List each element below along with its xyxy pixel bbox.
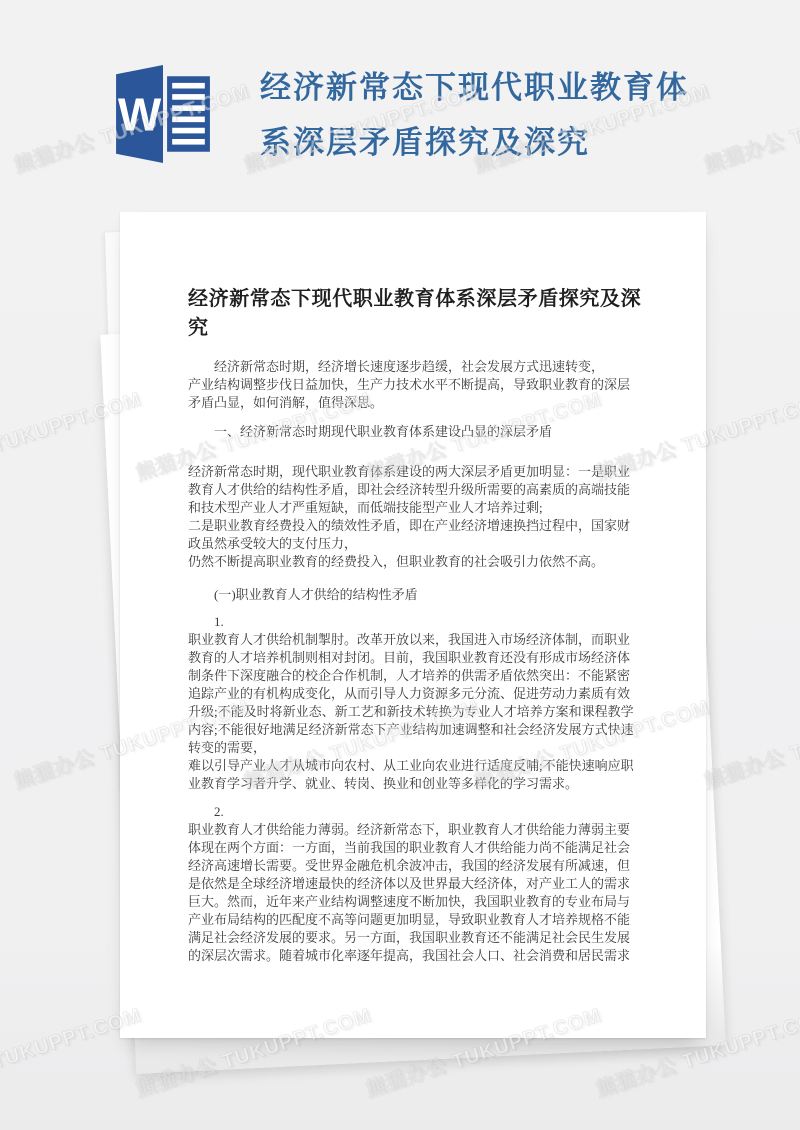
header-title: 经济新常态下现代职业教育体 系深层矛盾探究及深究 — [260, 60, 720, 170]
header: W 经济新常态下现代职业教育体 系深层矛盾探究及深究 — [0, 0, 800, 200]
doc-paragraph: 经济新常态时期，经济增长速度逐步趋缓，社会发展方式迅速转变， 产业结构调整步伐日… — [188, 358, 646, 412]
word-icon: W — [112, 62, 214, 166]
document-page[interactable]: 经济新常态下现代职业教育体系深层矛盾探究及深 究 经济新常态时期，经济增长速度逐… — [120, 212, 706, 1038]
watermark-text: 熊猫办公 TUKUPPT.COM — [700, 691, 800, 795]
doc-paragraph: 经济新常态时期，现代职业教育体系建设的两大深层矛盾更加明显：一是职业 教育人才供… — [188, 463, 646, 571]
doc-paragraph: 1. 职业教育人才供给机制掣肘。改革开放以来，我国进入市场经济体制，而职业 教育… — [188, 613, 646, 793]
doc-heading: 一、经济新常态时期现代职业教育体系建设凸显的深层矛盾 — [188, 423, 646, 441]
doc-paragraph: 2. 职业教育人才供给能力薄弱。经济新常态下，职业教育人才供给能力薄弱主要 体现… — [188, 803, 646, 965]
word-icon-letter: W — [118, 88, 162, 140]
doc-heading: (一)职业教育人才供给的结构性矛盾 — [188, 586, 646, 604]
document-content: 经济新常态下现代职业教育体系深层矛盾探究及深 究 经济新常态时期，经济增长速度逐… — [120, 212, 706, 1038]
page-background: 熊猫办公 TUKUPPT.COM熊猫办公 TUKUPPT.COM熊猫办公 TUK… — [0, 0, 800, 1130]
doc-title: 经济新常态下现代职业教育体系深层矛盾探究及深 究 — [188, 285, 646, 343]
